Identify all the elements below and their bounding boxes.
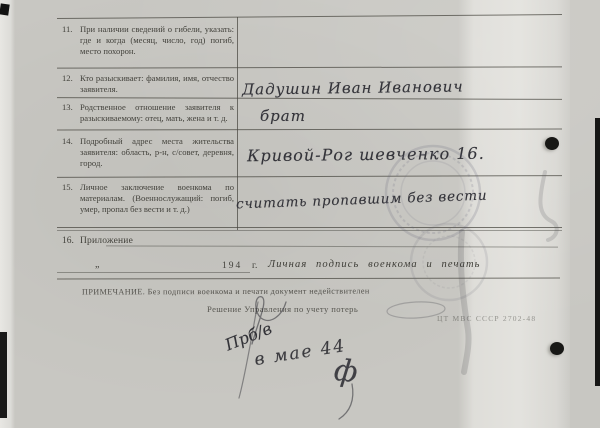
rule-line (57, 175, 562, 178)
scan-light-band (458, 0, 570, 428)
decision-line: Решение Управления по учету потерь (207, 304, 358, 314)
bottom-note-line2: в мае 44 (253, 336, 348, 370)
rule-line (106, 245, 558, 247)
rule-line (57, 14, 562, 19)
scanned-form: 11. При наличии сведений о гибели, указа… (0, 0, 600, 428)
answer-address: Кривой-Рог шевченко 16. (247, 144, 485, 165)
answer-relation: брат (260, 107, 306, 125)
field-13-label: Родственное отношение заявителя к разыск… (80, 102, 234, 124)
field-11-label: При наличии сведений о гибели, указать: … (80, 24, 234, 57)
field-12-number: 12. (62, 73, 77, 83)
bottom-flourish: ф (332, 353, 359, 390)
field-14-number: 14. (62, 136, 77, 146)
field-11-number: 11. (62, 24, 77, 34)
signature-caption: Личная подпись военкома и печать (268, 259, 481, 270)
answer-conclusion: считать пропавшим без вести (236, 188, 488, 213)
scan-corner-mark (0, 3, 10, 15)
field-12-label: Кто разыскивает: фамилия, имя, отчество … (80, 73, 234, 95)
scan-edge-left (0, 332, 7, 418)
rule-line (57, 230, 562, 231)
field-14-label: Подробный адрес места жительства заявите… (80, 136, 234, 169)
rule-line (57, 66, 562, 68)
field-16-number: 16. (62, 236, 77, 246)
field-16-label: Приложение (80, 236, 133, 246)
note-line: ПРИМЕЧАНИЕ. Без подписи военкома и печат… (82, 286, 370, 296)
field-13-number: 13. (62, 102, 77, 112)
rule-line (57, 278, 560, 280)
field-15-number: 15. (62, 182, 77, 192)
pencil-smudge-vertical (461, 232, 469, 372)
date-year-unit: г. (252, 261, 258, 271)
print-code: ЦТ МВС СССР 2702-48 (437, 314, 536, 323)
answer-applicant-name: Дадушин Иван Иванович (242, 77, 464, 98)
rule-line (57, 227, 562, 228)
date-open-quote: „ (95, 259, 100, 270)
rule-line (57, 129, 562, 131)
scan-left-margin (0, 0, 15, 428)
rule-line (57, 272, 250, 273)
field-15-label: Личное заключение военкома по материалам… (80, 182, 234, 215)
date-year: 194 (222, 261, 242, 271)
hole-punch-bottom (550, 342, 564, 355)
scan-edge-right (595, 118, 600, 386)
hole-punch-top (545, 137, 559, 150)
